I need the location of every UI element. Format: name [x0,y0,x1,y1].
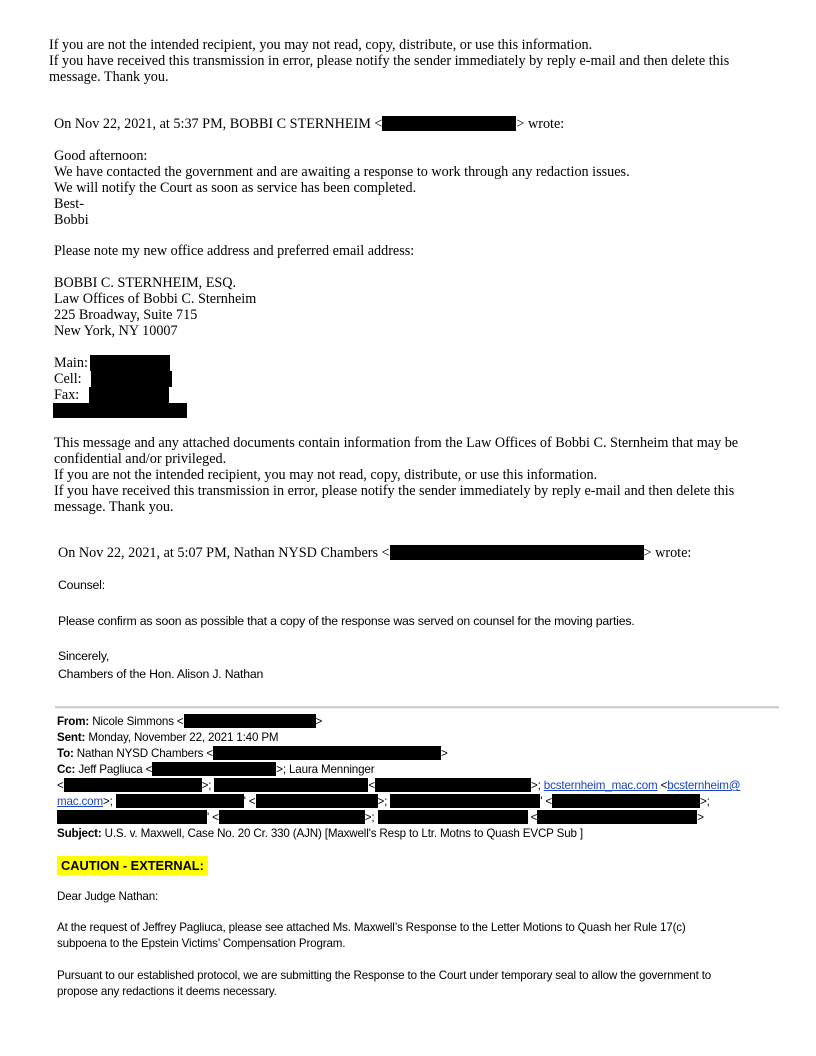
redacted-name [378,810,528,824]
disclaimer-line: message. Thank you. [49,69,169,85]
fax-label: Fax: [54,387,79,403]
redacted-email [375,778,531,792]
cc-line: Cc: Jeff Pagliuca <>; Laura Menninger [57,762,374,778]
caution-banner: CAUTION - EXTERNAL: [57,857,208,875]
cc-line-continued: <>; <>; bcsternheim_mac.com <bcsternheim… [57,778,740,794]
signature-street: 225 Broadway, Suite 715 [54,307,197,323]
cc-email-link[interactable]: bcsternheim_mac.com [544,779,658,792]
paragraph-line: Pursuant to our established protocol, we… [57,968,711,984]
body-line: Bobbi [54,212,89,228]
attribution-suffix: > wrote: [644,545,692,561]
disclaimer-line: If you are not the intended recipient, y… [49,37,592,53]
attribution-prefix: On Nov 22, 2021, at 5:07 PM, Nathan NYSD… [58,545,390,561]
disclaimer-line: If you have received this transmission i… [54,483,734,499]
redacted-email [256,794,378,808]
phone-cell-label: Cell: [54,371,82,387]
signature-name: BOBBI C. STERNHEIM, ESQ. [54,275,236,291]
to-label: To: [57,747,74,760]
from-label: From: [57,715,89,728]
attribution-line: On Nov 22, 2021, at 5:37 PM, BOBBI C STE… [54,116,564,132]
redacted-email [552,794,700,808]
redacted-email [390,545,644,560]
redacted-name [116,794,244,808]
paragraph-line: propose any redactions it deems necessar… [57,984,277,1000]
closing: Sincerely, [58,648,109,664]
disclaimer-line: message. Thank you. [54,499,174,515]
redacted-fax [89,387,169,403]
body-line: We have contacted the government and are… [54,164,630,180]
cc-line-continued: ' <>; <> [57,810,704,826]
redacted-email [184,714,316,728]
subject-label: Subject: [57,827,102,840]
paragraph-line: At the request of Jeffrey Pagliuca, plea… [57,920,686,936]
redacted-name [57,810,207,824]
body-line: We will notify the Court as soon as serv… [54,180,416,196]
redacted-email-signature [53,403,187,418]
sent-label: Sent: [57,731,85,744]
cc-line-continued: mac.com>; ' <>; ' <>; [57,794,710,810]
redacted-email [537,810,697,824]
attribution-prefix: On Nov 22, 2021, at 5:37 PM, BOBBI C STE… [54,116,382,132]
signature-city: New York, NY 10007 [54,323,178,339]
caution-text: CAUTION - EXTERNAL: [57,856,208,875]
attribution-line: On Nov 22, 2021, at 5:07 PM, Nathan NYSD… [58,545,691,561]
disclaimer-line: If you have received this transmission i… [49,53,729,69]
redacted-name [390,794,540,808]
disclaimer-line: confidential and/or privileged. [54,451,226,467]
redacted-main-phone [90,355,170,371]
salutation: Counsel: [58,577,105,593]
disclaimer-line: This message and any attached documents … [54,435,738,451]
cc-value: >; Laura Menninger [276,763,374,776]
signoff: Chambers of the Hon. Alison J. Nathan [58,666,263,682]
body-line: Good afternoon: [54,148,147,164]
from-value: Nicole Simmons < [92,715,183,728]
signature-firm: Law Offices of Bobbi C. Sternheim [54,291,256,307]
address-note: Please note my new office address and pr… [54,243,414,259]
body-text: Please confirm as soon as possible that … [58,613,635,629]
redacted-name [214,778,368,792]
sent-line: Sent: Monday, November 22, 2021 1:40 PM [57,730,278,746]
redacted-email [213,746,441,760]
cc-email-link[interactable]: bcsternheim@ [667,779,740,792]
cc-label: Cc: [57,763,75,776]
subject-line: Subject: U.S. v. Maxwell, Case No. 20 Cr… [57,826,583,842]
body-line: Best- [54,196,84,212]
disclaimer-line: If you are not the intended recipient, y… [54,467,597,483]
sent-value: Monday, November 22, 2021 1:40 PM [88,731,278,744]
cc-value: Jeff Pagliuca < [78,763,152,776]
attribution-suffix: > wrote: [516,116,564,132]
redacted-email [219,810,365,824]
phone-main-label: Main: [54,355,88,371]
redacted-email [64,778,202,792]
paragraph-line: subpoena to the Epstein Victims’ Compens… [57,936,345,952]
to-line: To: Nathan NYSD Chambers <> [57,746,448,762]
redacted-email [382,116,516,131]
greeting: Dear Judge Nathan: [57,889,158,905]
redacted-cell-phone [91,371,172,387]
to-value: Nathan NYSD Chambers < [77,747,213,760]
subject-value: U.S. v. Maxwell, Case No. 20 Cr. 330 (AJ… [105,827,583,840]
message-divider [55,706,779,709]
from-line: From: Nicole Simmons <> [57,714,322,730]
redacted-email [152,762,276,776]
cc-email-link[interactable]: mac.com [57,795,103,808]
